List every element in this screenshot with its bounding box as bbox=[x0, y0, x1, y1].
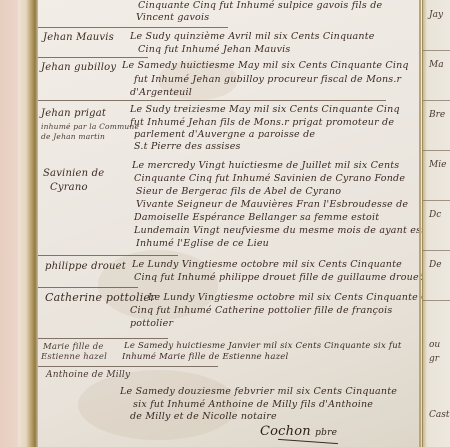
entry-text-line: Le Sudy treiziesme May mil six Cents Cin… bbox=[130, 104, 400, 115]
entry-divider bbox=[38, 338, 168, 339]
signature-suffix: pbre bbox=[315, 428, 337, 438]
entry-name: Cyrano bbox=[50, 182, 88, 193]
entry-text-line: de Milly et de Nicolle notaire bbox=[130, 411, 277, 422]
entry-text-line: six fut Inhumé Anthoine de Milly fils d'… bbox=[133, 399, 373, 410]
entry-text-line: fut Inhumé Jehan gubilloy procureur fisc… bbox=[134, 74, 401, 85]
margin-note: Caste bbox=[429, 410, 450, 420]
margin-note: De bbox=[429, 260, 442, 270]
binding-edge bbox=[18, 0, 38, 447]
entry-name: Estienne hazel bbox=[41, 352, 107, 362]
entry-text-line: Le Lundy Vingtiesme octobre mil six Cent… bbox=[148, 292, 444, 303]
margin-divider bbox=[423, 250, 450, 251]
margin-divider bbox=[423, 50, 450, 51]
entry-name: Savinien de bbox=[43, 168, 104, 179]
entry-text-line: Le Sudy quinzième Avril mil six Cents Ci… bbox=[130, 31, 375, 42]
entry-divider bbox=[38, 100, 386, 101]
entry-name: Anthoine de Milly bbox=[46, 370, 130, 380]
entry-text-line: S.t Pierre des assises bbox=[134, 141, 241, 152]
entry-text-line: Cinq fut Inhumé Jehan Mauvis bbox=[138, 44, 291, 55]
background-mat bbox=[0, 0, 18, 447]
margin-divider bbox=[423, 300, 450, 301]
entry-text-line: Cinq fut Inhumé philippe drouet fille de… bbox=[134, 272, 423, 283]
entry-text-line: Damoiselle Espérance Bellanger sa femme … bbox=[134, 212, 379, 223]
entry-text-line: Le Samedy huictiesme May mil six Cents C… bbox=[122, 60, 409, 71]
entry-text-line: Cinquante Cinq fut Inhumé sulpice gavois… bbox=[138, 0, 382, 11]
entry-text-line: Inhumé Marie fille de Estienne hazel bbox=[122, 352, 288, 362]
entry-name: Jehan Mauvis bbox=[43, 32, 114, 43]
register-page: Cinquante Cinq fut Inhumé sulpice gavois… bbox=[38, 0, 422, 447]
margin-divider bbox=[423, 150, 450, 151]
entry-text-line: Le Lundy Vingtiesme octobre mil six Cent… bbox=[132, 259, 402, 270]
margin-note: Jay bbox=[429, 10, 443, 20]
entry-divider bbox=[38, 366, 218, 367]
signature-flourish bbox=[278, 439, 338, 444]
adjacent-page: Jay Ma Bre Mie Dc De ou gr Caste bbox=[422, 0, 450, 447]
entry-text-line: Le Samedy huictiesme Janvier mil six Cen… bbox=[124, 341, 402, 351]
entry-name-note: inhumé par la Commune bbox=[41, 122, 139, 131]
entry-text-line: Vincent gavois bbox=[136, 12, 209, 23]
entry-text-line: Inhumé l'Eglise de ce Lieu bbox=[136, 238, 269, 249]
entry-text-line: Cinquante Cinq fut Inhumé Savinien de Cy… bbox=[134, 173, 405, 184]
entry-divider bbox=[38, 57, 148, 58]
margin-note: Bre bbox=[429, 110, 445, 120]
margin-divider bbox=[423, 100, 450, 101]
entry-name: Catherine pottolier bbox=[45, 291, 156, 304]
priest-signature: Cochon pbre bbox=[260, 424, 337, 439]
signature-name: Cochon bbox=[260, 424, 311, 439]
entry-divider bbox=[38, 27, 228, 28]
entry-name-note: de Jehan martin bbox=[41, 132, 105, 141]
entry-text-line: parlement d'Auvergne a paroisse de bbox=[134, 129, 315, 140]
margin-divider bbox=[423, 200, 450, 201]
entry-name: Jehan prigat bbox=[41, 108, 106, 119]
entry-text-line: Cinq fut Inhumé Catherine pottolier fill… bbox=[130, 305, 392, 316]
entry-text-line: Sieur de Bergerac fils de Abel de Cyrano bbox=[136, 186, 341, 197]
margin-note: Ma bbox=[429, 60, 444, 70]
margin-note: Dc bbox=[429, 210, 441, 220]
entry-name: philippe drouet bbox=[45, 261, 126, 272]
margin-note: gr bbox=[429, 354, 439, 364]
entry-text-line: Vivante Seigneur de Mauvières Fran l'Esb… bbox=[136, 199, 408, 210]
entry-text-line: Lundemain Vingt neufviesme du mesme mois… bbox=[134, 225, 431, 236]
entry-text-line: fut Inhumé Jehan fils de Mons.r prigat p… bbox=[130, 117, 394, 128]
entry-name: Marie fille de bbox=[43, 342, 104, 352]
entry-divider bbox=[38, 255, 178, 256]
entry-text-line: Le mercredy Vingt huictiesme de Juillet … bbox=[132, 160, 399, 171]
entry-text-line: pottolier bbox=[130, 318, 173, 329]
margin-note: ou bbox=[429, 340, 440, 350]
entry-name: Jehan gubilloy bbox=[41, 62, 116, 73]
entry-text-line: d'Argenteuil bbox=[130, 87, 192, 98]
entry-text-line: Le Samedy douziesme febvrier mil six Cen… bbox=[120, 386, 397, 397]
page-gutter bbox=[419, 0, 421, 447]
margin-note: Mie bbox=[429, 160, 446, 170]
entry-divider bbox=[38, 287, 138, 288]
